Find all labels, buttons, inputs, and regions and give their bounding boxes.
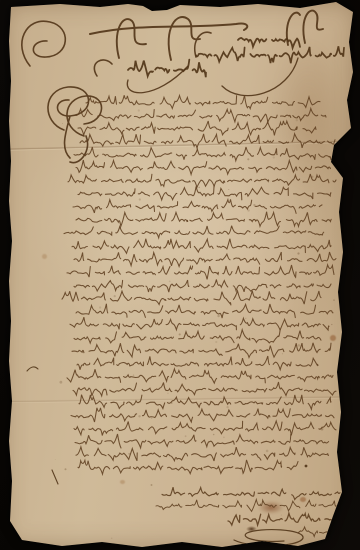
handwriting-line [62, 291, 321, 305]
ink-speck [339, 466, 340, 467]
handwriting-line [76, 160, 330, 174]
flourish-top-left-1 [22, 21, 65, 66]
ink-speck [111, 538, 113, 540]
ink-speck [169, 281, 171, 283]
handwriting-line [196, 46, 344, 63]
handwriting-line [156, 500, 336, 512]
ink-speck [138, 415, 140, 417]
ink-speck [65, 468, 67, 470]
handwriting-line [73, 382, 336, 396]
handwriting-line [74, 280, 331, 293]
ink-speck [338, 464, 341, 467]
handwriting-line [73, 199, 322, 213]
margin-mark-curve [27, 367, 38, 371]
handwriting-line [80, 134, 335, 148]
ink-layer [0, 0, 360, 550]
margin-mark-slash [52, 470, 58, 484]
ink-speck [128, 453, 130, 455]
paper-wrapper: Aen d' E: Achtb: Heeren de Commissarisse… [0, 0, 360, 550]
ink-speck [297, 252, 299, 254]
signature-script [156, 487, 340, 536]
ink-speck [215, 341, 217, 343]
handwriting-line [76, 212, 331, 227]
handwriting-line [76, 447, 329, 461]
ink-speck [62, 123, 63, 124]
body-script [62, 95, 336, 474]
handwriting-line [78, 186, 331, 200]
ink-speck [321, 428, 324, 431]
ink-speck [55, 459, 56, 460]
ink-speck [311, 176, 313, 178]
handwriting-line [76, 109, 326, 123]
handwriting-line [238, 38, 300, 48]
header-tall-h [287, 11, 323, 45]
handwriting-line [298, 527, 330, 536]
ink-speck [167, 290, 168, 291]
ink-speck [223, 436, 225, 438]
handwriting-line [74, 252, 336, 266]
ink-speck [226, 406, 228, 408]
handwriting-line [75, 434, 329, 448]
ink-speck [282, 353, 283, 354]
handwriting-line [228, 513, 336, 525]
ink-speck [213, 434, 215, 436]
ink-speck [247, 209, 249, 211]
handwriting-line [76, 304, 333, 318]
ink-speck [114, 295, 116, 297]
handwriting-line [74, 421, 336, 436]
handwriting-line [86, 95, 320, 108]
handwriting-line [74, 147, 331, 161]
handwriting-line [162, 487, 340, 499]
ink-speck [296, 119, 298, 121]
ink-speck [171, 402, 173, 404]
signature-paraph-flourish [234, 530, 303, 546]
ink-speck [99, 306, 101, 308]
ink-speck [151, 418, 152, 419]
ink-speck [92, 209, 93, 210]
handwriting-line [71, 408, 334, 422]
handwriting-line [67, 265, 334, 280]
ink-speck [151, 484, 153, 486]
ink-speck [60, 381, 63, 384]
ink-speck [138, 109, 140, 111]
header-descender-sweep-1 [222, 58, 298, 96]
ink-speck [228, 189, 229, 190]
handwriting-line [68, 174, 336, 187]
ink-speck [253, 204, 255, 206]
handwriting-line [78, 121, 316, 135]
ink-speck [245, 318, 246, 319]
handwriting-line [70, 317, 329, 330]
flourish-top-left-3 [67, 96, 102, 163]
ink-speck [298, 344, 301, 347]
ink-speck [266, 450, 269, 453]
ink-speck [139, 198, 141, 200]
ink-speck [281, 515, 282, 516]
handwriting-line [67, 369, 333, 383]
ink-speck [185, 435, 187, 437]
ink-speck [179, 333, 181, 335]
ink-speck [247, 158, 249, 160]
ink-speck [273, 156, 275, 158]
handwriting-line [77, 356, 318, 370]
header-ascender-1 [117, 19, 146, 58]
handwriting-line [79, 395, 331, 410]
handwriting-line [72, 343, 331, 358]
ink-speck [331, 324, 332, 325]
handwriting-line [72, 239, 331, 254]
scanner-background: Aen d' E: Achtb: Heeren de Commissarisse… [0, 0, 360, 550]
ink-speck [133, 374, 135, 376]
handwriting-line [64, 226, 324, 238]
ink-speck [333, 299, 335, 301]
handwriting-line [78, 460, 298, 474]
header-lead-loop [94, 60, 112, 76]
ink-speck [198, 187, 200, 189]
header-ascender-3 [195, 32, 211, 57]
pen-flourishes [22, 11, 323, 546]
ink-speck [217, 315, 219, 317]
header-script [128, 38, 344, 77]
ink-speck [167, 393, 169, 395]
manuscript-page: Aen d' E: Achtb: Heeren de Commissarisse… [0, 0, 360, 550]
handwriting-line [128, 60, 206, 77]
handwriting-line [74, 330, 321, 343]
closing-period-dot [305, 465, 308, 468]
ink-speck [207, 233, 209, 235]
